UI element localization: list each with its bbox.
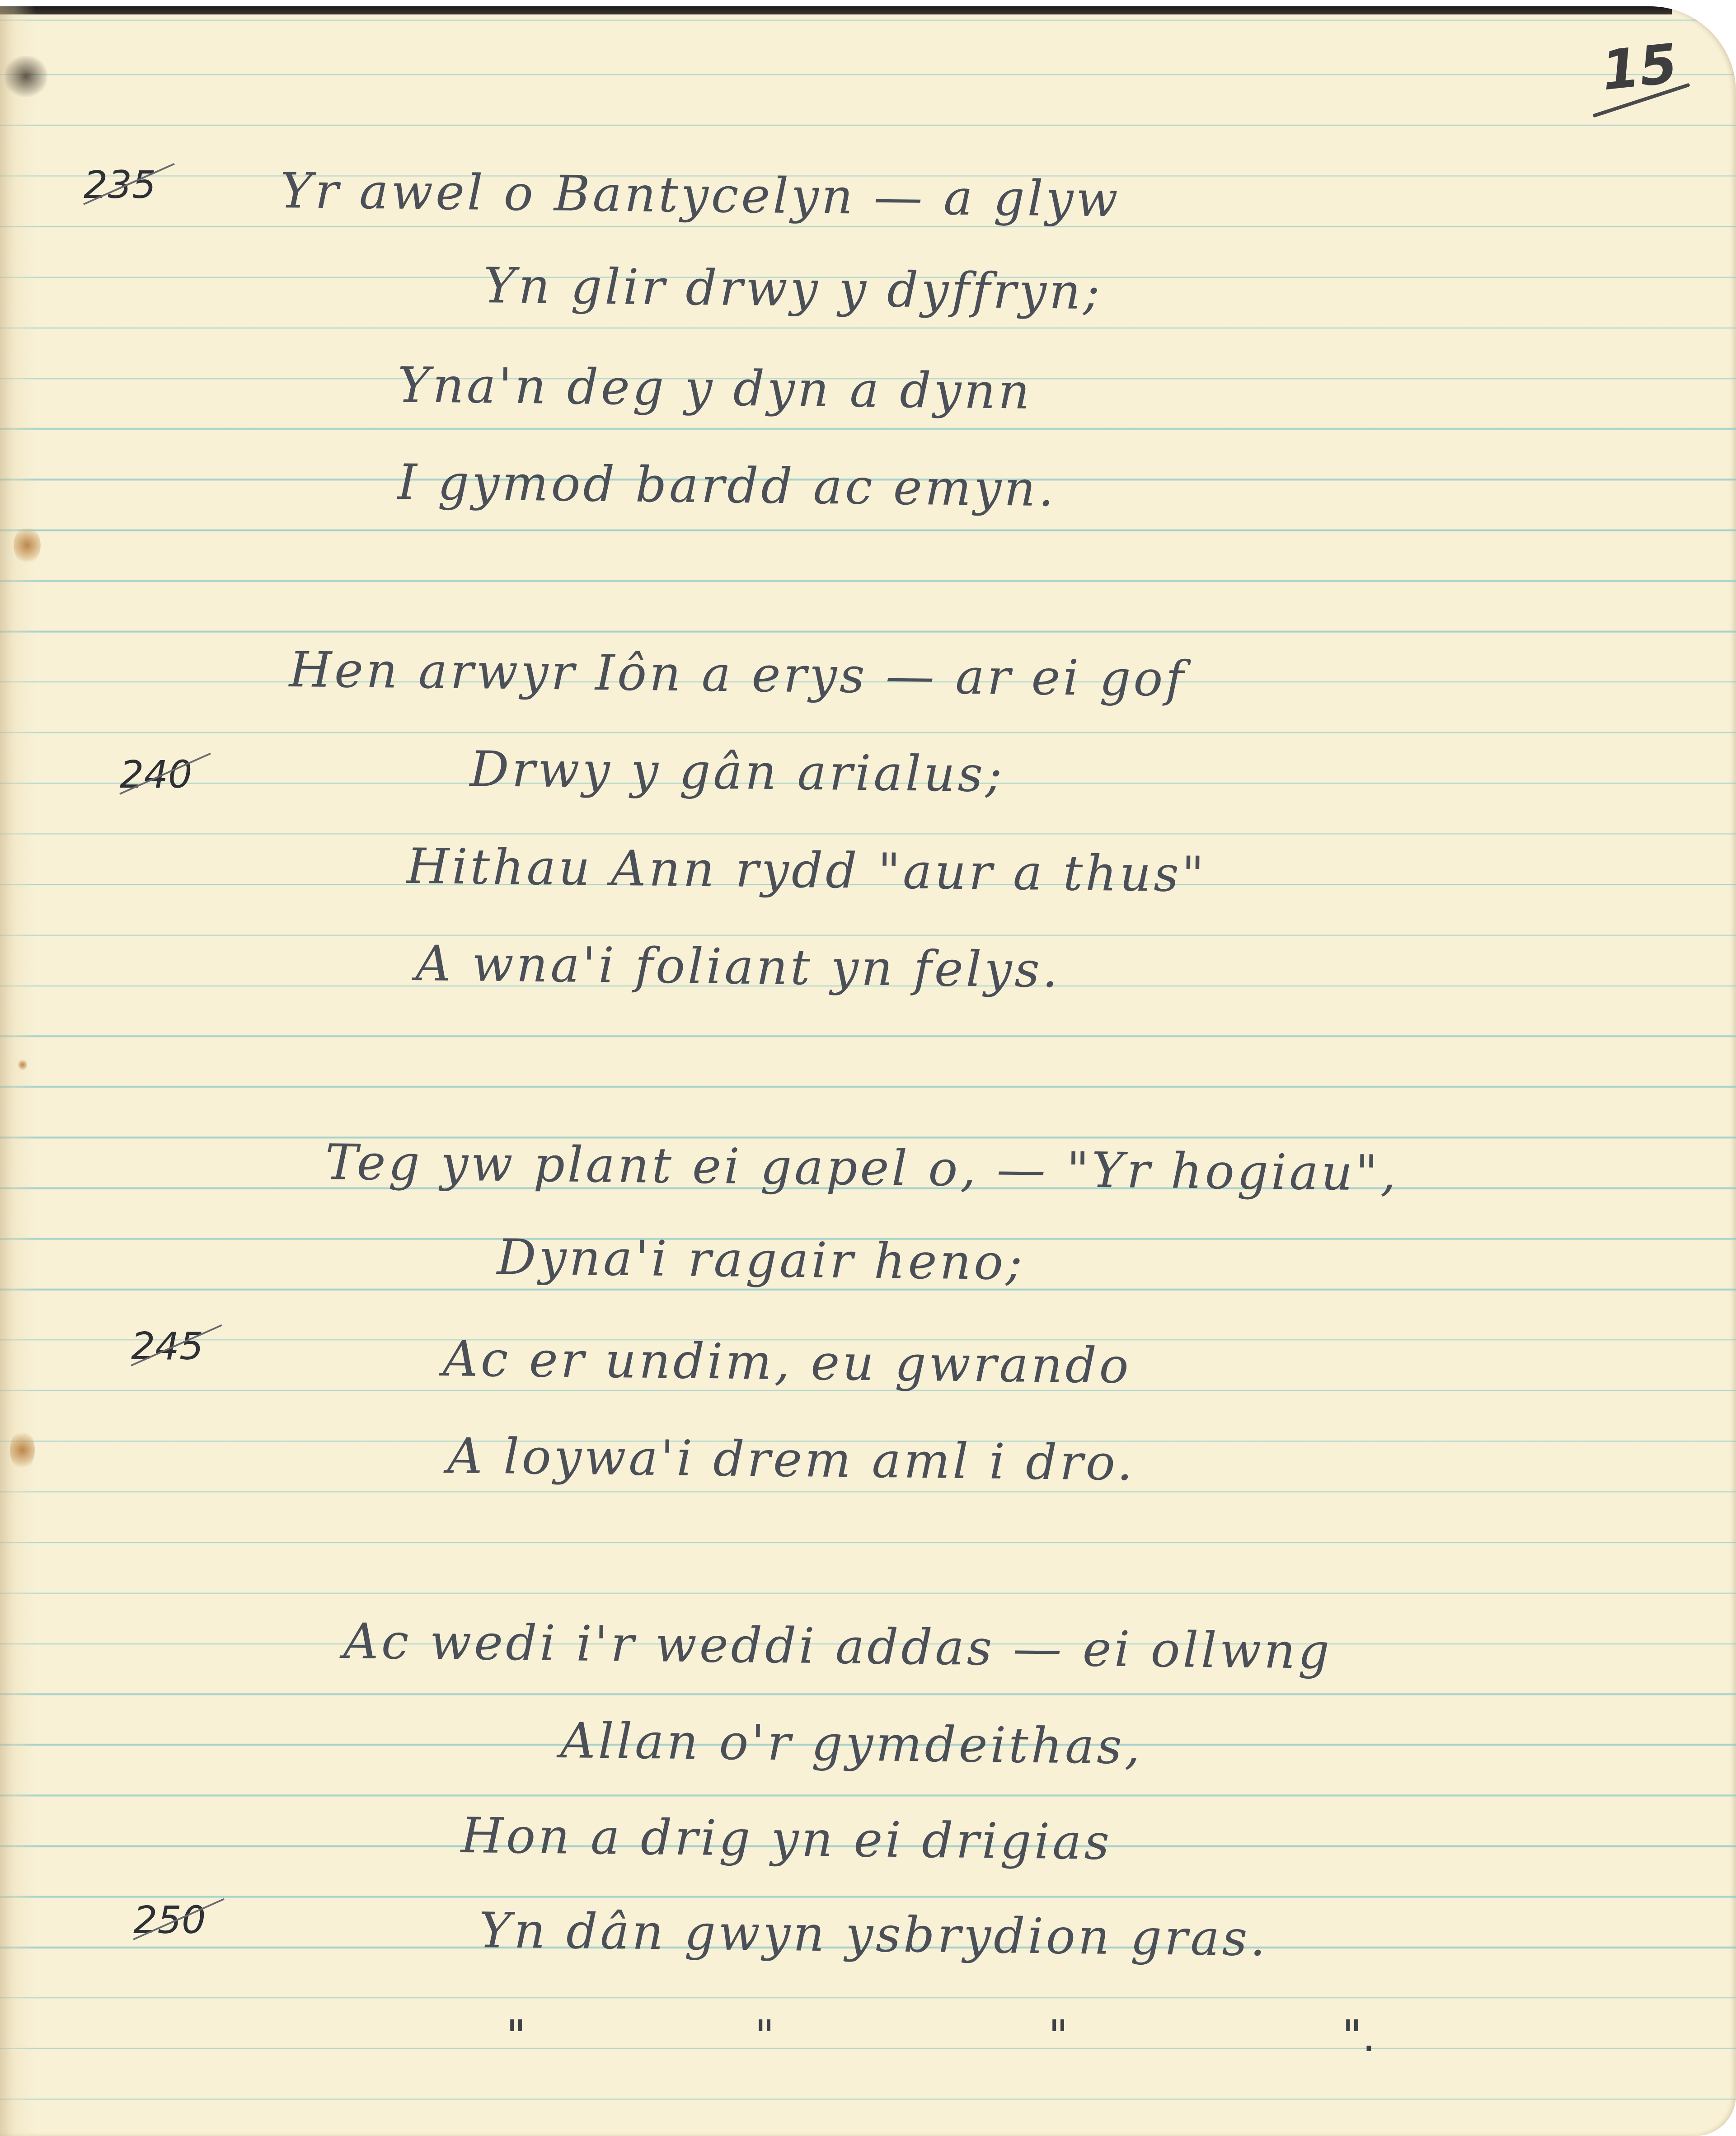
margin-line-number: 240	[120, 752, 192, 797]
binding-mark	[5, 56, 47, 97]
rust-stain	[18, 1059, 27, 1070]
verse-line: Yn glir drwy y dyffryn;	[483, 258, 1103, 320]
verse-line: I gymod bardd ac emyn.	[397, 454, 1056, 517]
verse-line: Hon a drig yn ei drigias	[460, 1807, 1112, 1871]
verse-line: Ac wedi i'r weddi addas — ei ollwng	[343, 1613, 1332, 1680]
ditto-mark: "	[506, 2011, 526, 2061]
verse-line: A wna'i foliant yn felys.	[415, 935, 1060, 999]
verse-line: Drwy y gân arialus;	[469, 741, 1005, 803]
verse-line: A loywa'i drem aml i dro.	[447, 1428, 1135, 1492]
margin-line-number: 245	[131, 1324, 203, 1368]
verse-line: Hithau Ann rydd "aur a thus"	[406, 838, 1207, 903]
verse-line: Teg yw plant ei gapel o, — "Yr hogiau",	[325, 1134, 1399, 1202]
verse-line: Allan o'r gymdeithas,	[560, 1713, 1143, 1775]
verse-line: Yna'n deg y dyn a dynn	[397, 357, 1032, 420]
ditto-marks-row: " " " ".	[497, 2011, 1401, 2065]
ditto-mark: ".	[1342, 2011, 1376, 2061]
margin-line-number: 250	[133, 1898, 206, 1942]
verse-line: Hen arwyr Iôn a erys — ar ei gof	[289, 642, 1187, 708]
ditto-mark: "	[755, 2011, 774, 2061]
binding-gutter	[0, 6, 36, 2136]
verse-line: Yr awel o Bantycelyn — a glyw	[280, 163, 1121, 228]
verse-line: Ac er undim, eu gwrando	[442, 1331, 1131, 1394]
rust-stain	[10, 1430, 35, 1470]
ditto-mark: "	[1048, 2011, 1068, 2061]
verse-line: Yn dân gwyn ysbrydion gras.	[479, 1902, 1268, 1967]
margin-line-number: 235	[84, 163, 156, 207]
verse-line: Dyna'i ragair heno;	[497, 1229, 1025, 1291]
rust-stain	[14, 526, 41, 564]
